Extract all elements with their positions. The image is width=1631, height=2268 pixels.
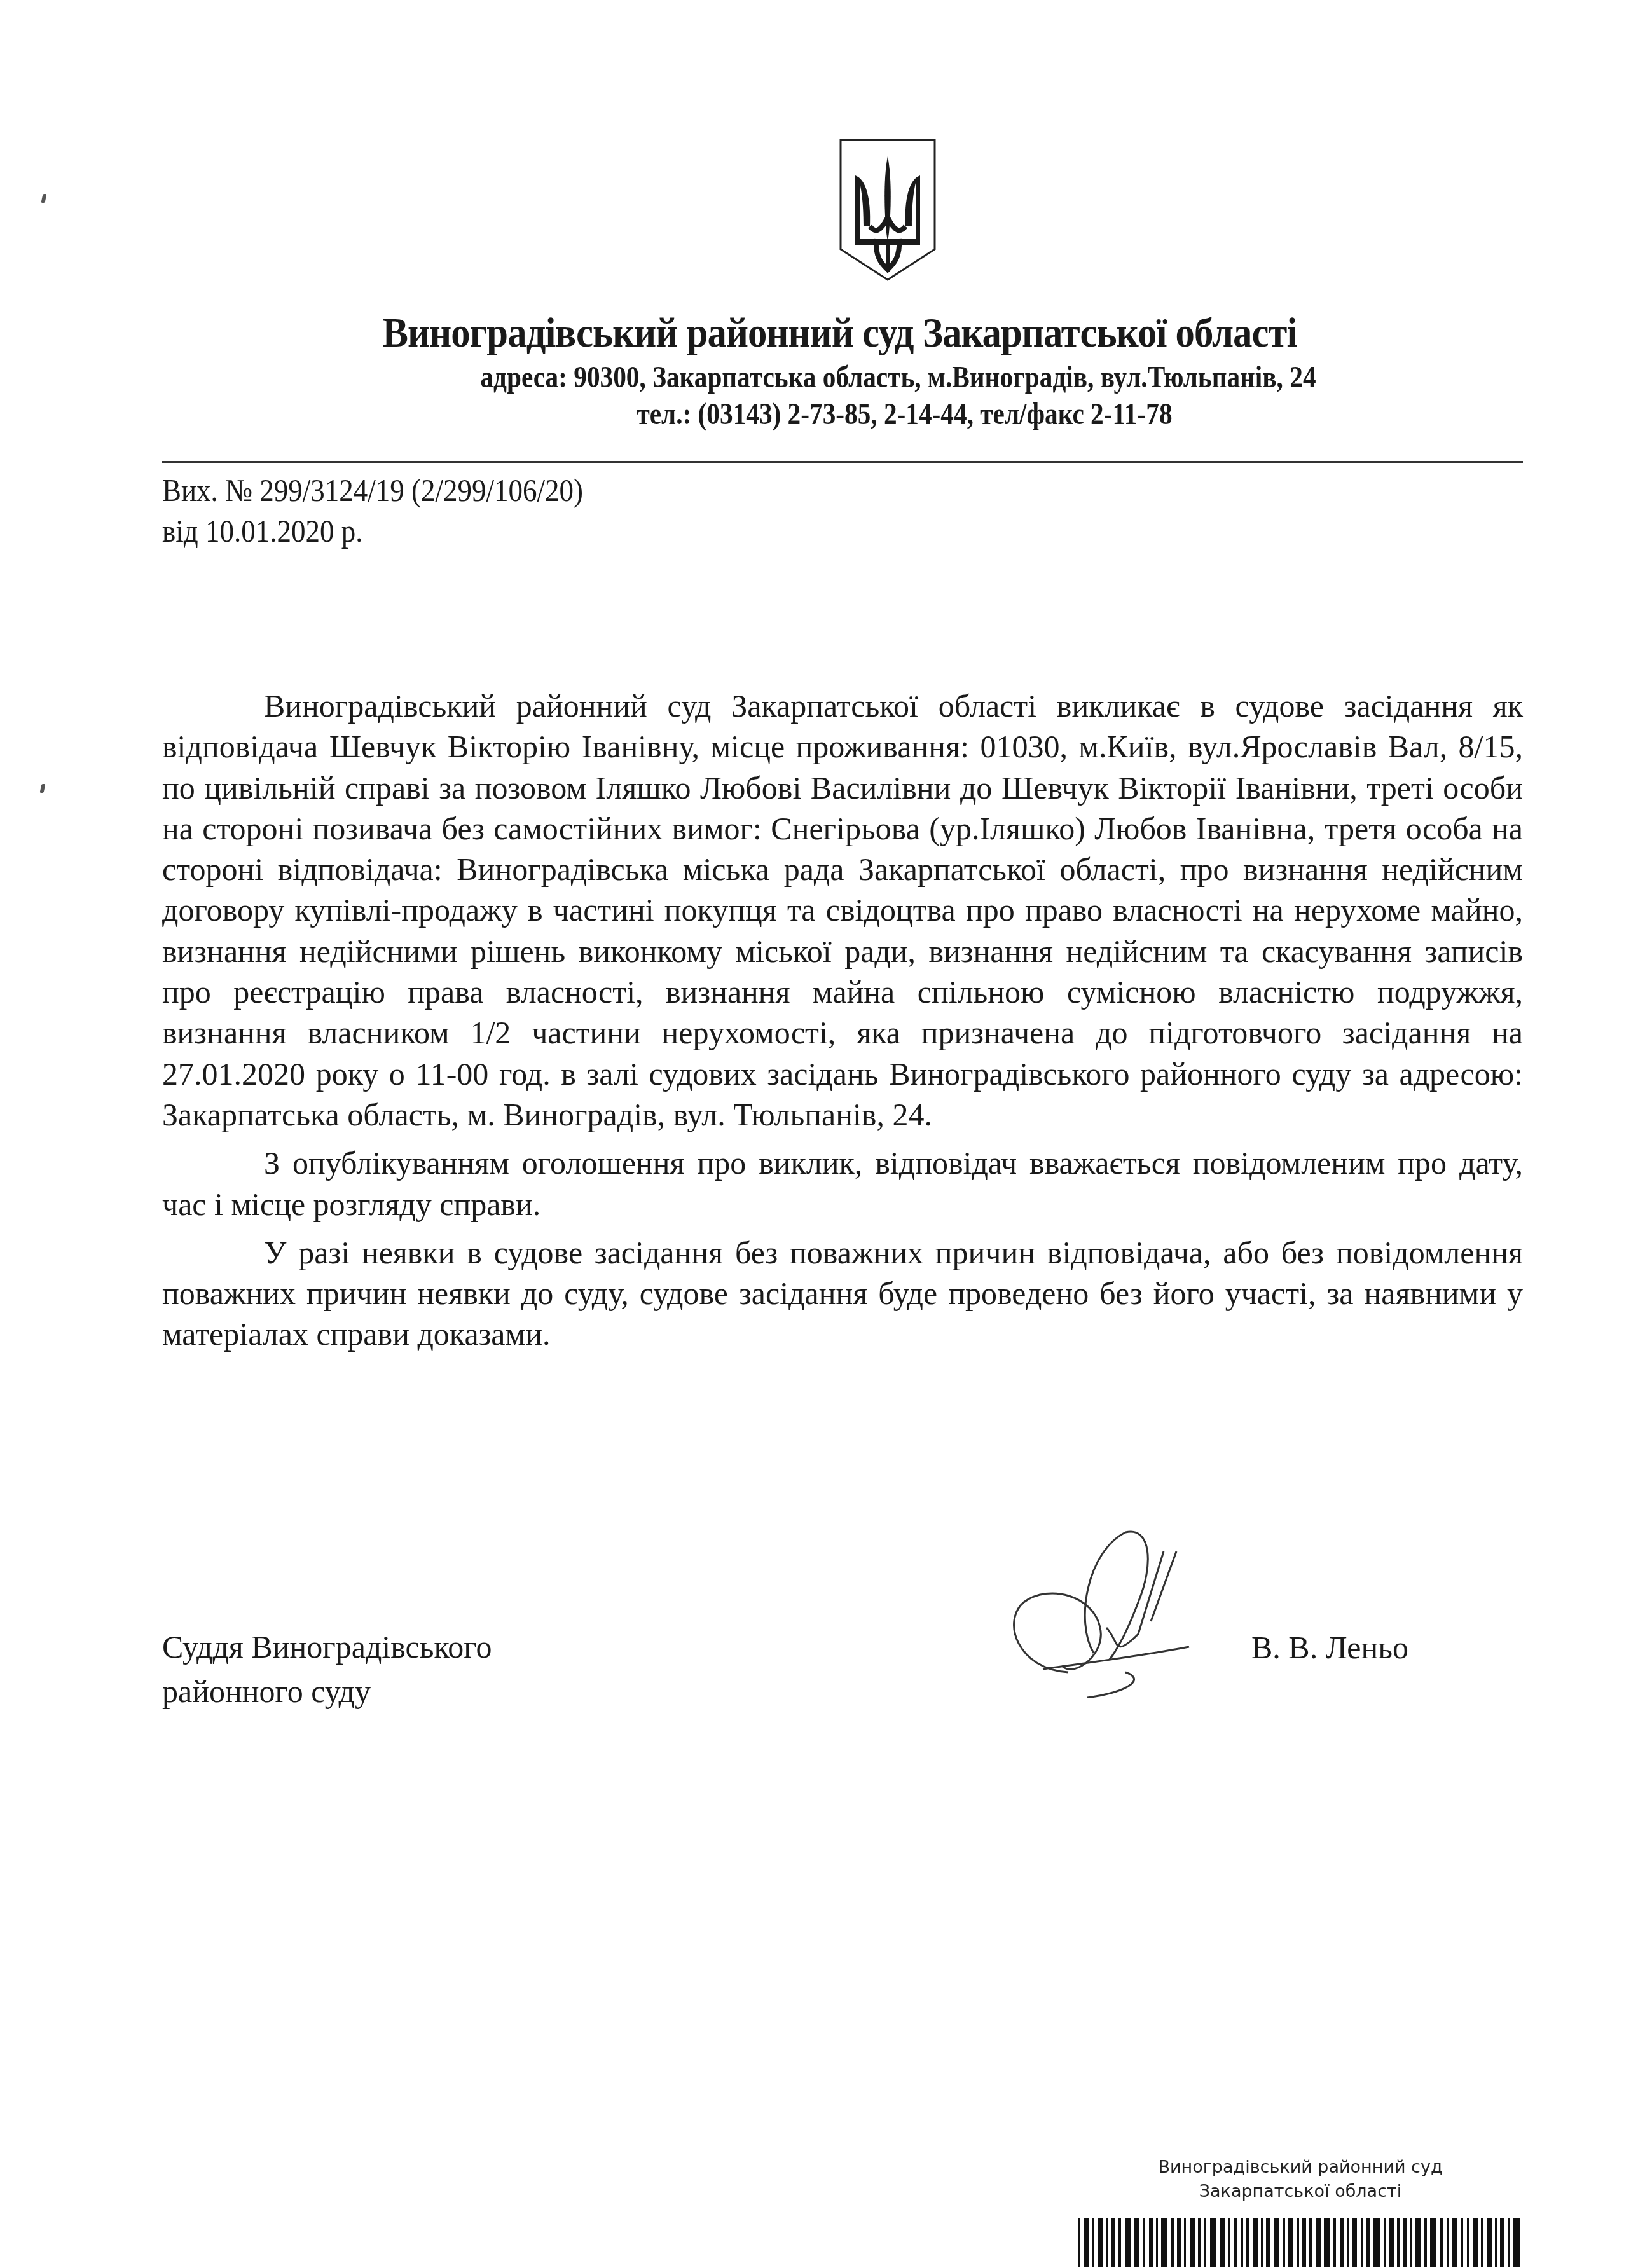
signer-position: Суддя Виноградівського районного суду — [162, 1625, 492, 1714]
body-paragraph: Виноградівський районний суд Закарпатськ… — [162, 685, 1523, 1135]
outgoing-date: від 10.01.2020 р. — [162, 512, 362, 549]
margin-mark — [41, 194, 47, 203]
ukraine-coat-of-arms-icon — [838, 137, 937, 282]
court-title: Виноградівський районний суд Закарпатськ… — [90, 309, 1590, 357]
stamp-line2: Закарпатської області — [1075, 2180, 1526, 2204]
signer-position-line1: Суддя Виноградівського — [162, 1625, 492, 1669]
registry-stamp: Виноградівський районний суд Закарпатськ… — [1075, 2155, 1526, 2204]
court-address: адреса: 90300, Закарпатська область, м.В… — [197, 360, 1600, 395]
handwritten-signature-icon — [992, 1526, 1265, 1698]
body-paragraph: З опублікуванням оголошення про виклик, … — [162, 1143, 1523, 1225]
margin-mark — [40, 784, 46, 793]
court-phones: тел.: (03143) 2-73-85, 2-14-44, тел/факс… — [203, 397, 1606, 432]
signer-position-line2: районного суду — [162, 1669, 492, 1714]
barcode-icon — [1078, 2218, 1523, 2267]
header-divider — [162, 461, 1523, 463]
stamp-line1: Виноградівський районний суд — [1075, 2155, 1526, 2180]
body-paragraph: У разі неявки в судове засідання без пов… — [162, 1232, 1523, 1355]
outgoing-number: Вих. № 299/3124/19 (2/299/106/20) — [162, 472, 583, 509]
letter-body: Виноградівський районний суд Закарпатськ… — [162, 685, 1523, 1355]
signer-name: В. В. Леньо — [1251, 1629, 1408, 1666]
